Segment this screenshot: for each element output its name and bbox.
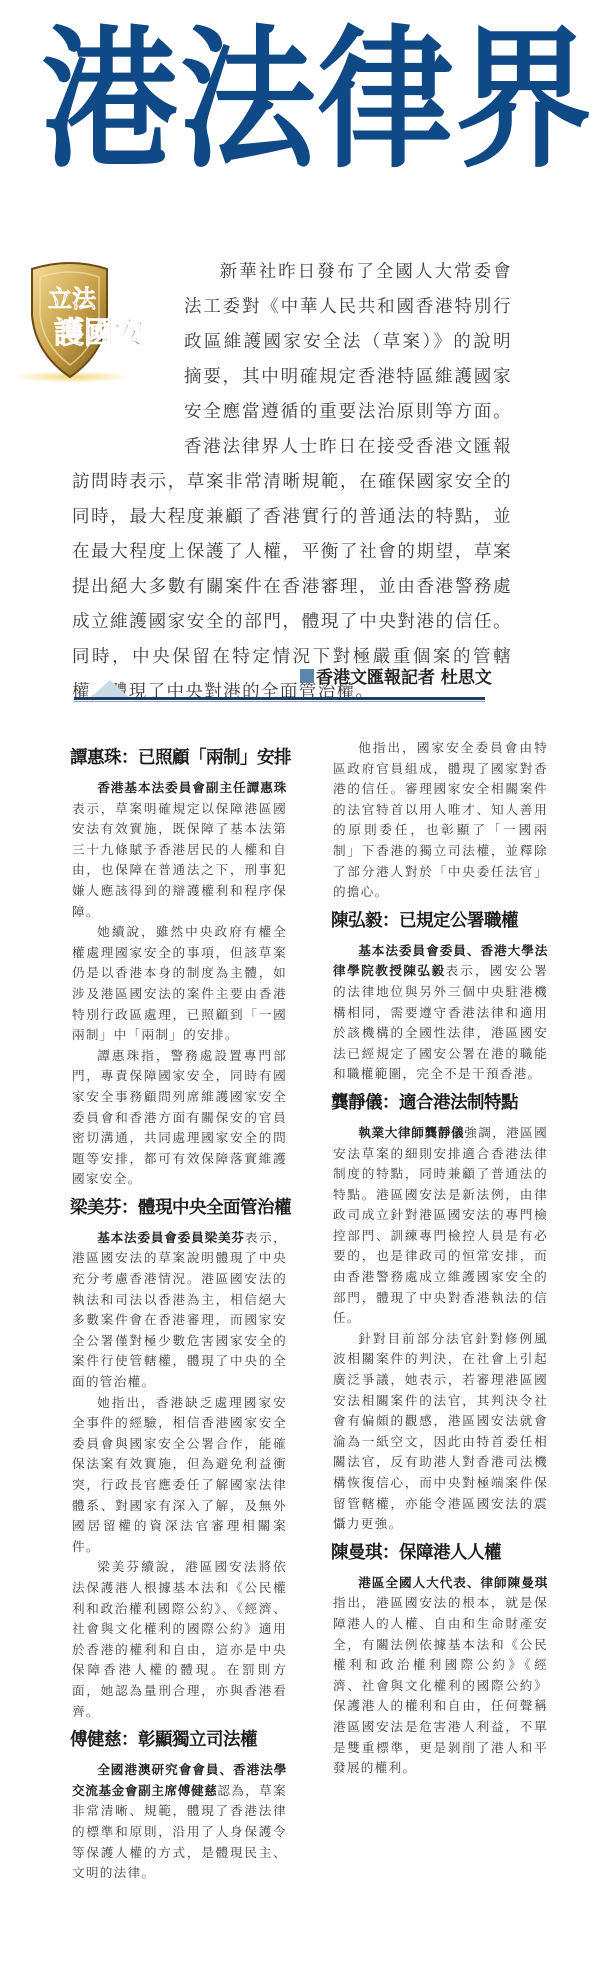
- shield-icon: 立法 護國安: [12, 255, 162, 385]
- section-title: 傅健慈：彰顯獨立司法權: [70, 1726, 287, 1754]
- section-title: 龔靜儀：適合港法制特點: [331, 1089, 548, 1117]
- section-kung: 龔靜儀：適合港法制特點 執業大律師龔靜儀強調，港區國安法草案的細則安排適合香港法…: [333, 1089, 548, 1535]
- paragraph: 全國港澳研究會會員、香港法學交流基金會副主席傅健慈認為，草案非常清晰、規範，體現…: [72, 1760, 287, 1884]
- paragraph: 香港基本法委員會副主任譚惠珠表示，草案明確規定以保障港區國安法有效實施，既保障了…: [72, 778, 287, 922]
- paragraph: 基本法委員會委員、香港大學法律學院教授陳弘毅表示，國安公署的法律地位與另外三個中…: [333, 941, 548, 1085]
- section-leung: 梁美芬：體現中央全面管治權 基本法委員會委員梁美芬表示，港區國安法的草案說明體現…: [72, 1194, 287, 1722]
- paragraph: 執業大律師龔靜儀強調，港區國安法草案的細則安排適合香港法律制度的特點，同時兼顧了…: [333, 1123, 548, 1329]
- paragraph: 梁美芬續說，港區國安法將依法保護港人根據基本法和《公民權利和政治權利國際公約》、…: [72, 1557, 287, 1722]
- svg-text:立法: 立法: [48, 285, 97, 313]
- masthead-title: 港法律界: [42, 24, 594, 176]
- section-title: 陳弘毅：已規定公署職權: [331, 907, 548, 935]
- paragraph: 她續說，雖然中央政府有權全權處理國家安全的事項，但該草案仍是以香港本身的制度為主…: [72, 922, 287, 1046]
- section-chan-man-ki: 陳曼琪：保障港人人權 港區全國人大代表、律師陳曼琪指出，港區國安法的根本，就是保…: [333, 1539, 548, 1779]
- section-tam: 譚惠珠：已照顧「兩制」安排 香港基本法委員會副主任譚惠珠表示，草案明確規定以保障…: [72, 744, 287, 1190]
- section-title: 梁美芬：體現中央全面管治權: [70, 1194, 287, 1222]
- section-title: 陳曼琪：保障港人人權: [331, 1539, 548, 1567]
- paragraph: 他指出，國家安全委員會由特區政府官員組成，體現了國家對香港的信任。審理國家安全相…: [333, 738, 548, 903]
- svg-text:護國安: 護國安: [54, 316, 144, 351]
- left-column: 譚惠珠：已照顧「兩制」安排 香港基本法委員會副主任譚惠珠表示，草案明確規定以保障…: [72, 740, 287, 1888]
- right-column: 他指出，國家安全委員會由特區政府官員組成，體現了國家對香港的信任。審理國家安全相…: [333, 738, 548, 1783]
- paragraph: 她指出，香港缺乏處理國家安全事件的經驗，相信香港國家安全委員會與國家安全公署合作…: [72, 1393, 287, 1558]
- paragraph: 基本法委員會委員梁美芬表示，港區國安法的草案說明體現了中央充分考慮香港情況。港區…: [72, 1228, 287, 1393]
- section-chan-hung-yee: 陳弘毅：已規定公署職權 基本法委員會委員、香港大學法律學院教授陳弘毅表示，國安公…: [333, 907, 548, 1085]
- paragraph: 譚惠珠指，警務處設置專門部門，專責保障國家安全，同時有國家安全事務顧問列席維護國…: [72, 1046, 287, 1190]
- section-divider: [74, 680, 485, 702]
- section-fu-continued: 他指出，國家安全委員會由特區政府官員組成，體現了國家對香港的信任。審理國家安全相…: [333, 738, 548, 903]
- masthead: 港法律界: [0, 0, 595, 200]
- paragraph: 港區全國人大代表、律師陳曼琪指出，港區國安法的根本，就是保障港人的人權、自由和生…: [333, 1573, 548, 1779]
- paragraph: 針對目前部分法官針對修例風波相關案件的判決，在社會上引起廣泛爭議，她表示，若審理…: [333, 1329, 548, 1535]
- section-fu: 傅健慈：彰顯獨立司法權 全國港澳研究會會員、香港法學交流基金會副主席傅健慈認為，…: [72, 1726, 287, 1884]
- section-title: 譚惠珠：已照顧「兩制」安排: [70, 744, 287, 772]
- lead-article: 立法 護國安 新華社昨日發布了全國人大常委會法工委對《中華人民共和國香港特別行政…: [72, 255, 512, 710]
